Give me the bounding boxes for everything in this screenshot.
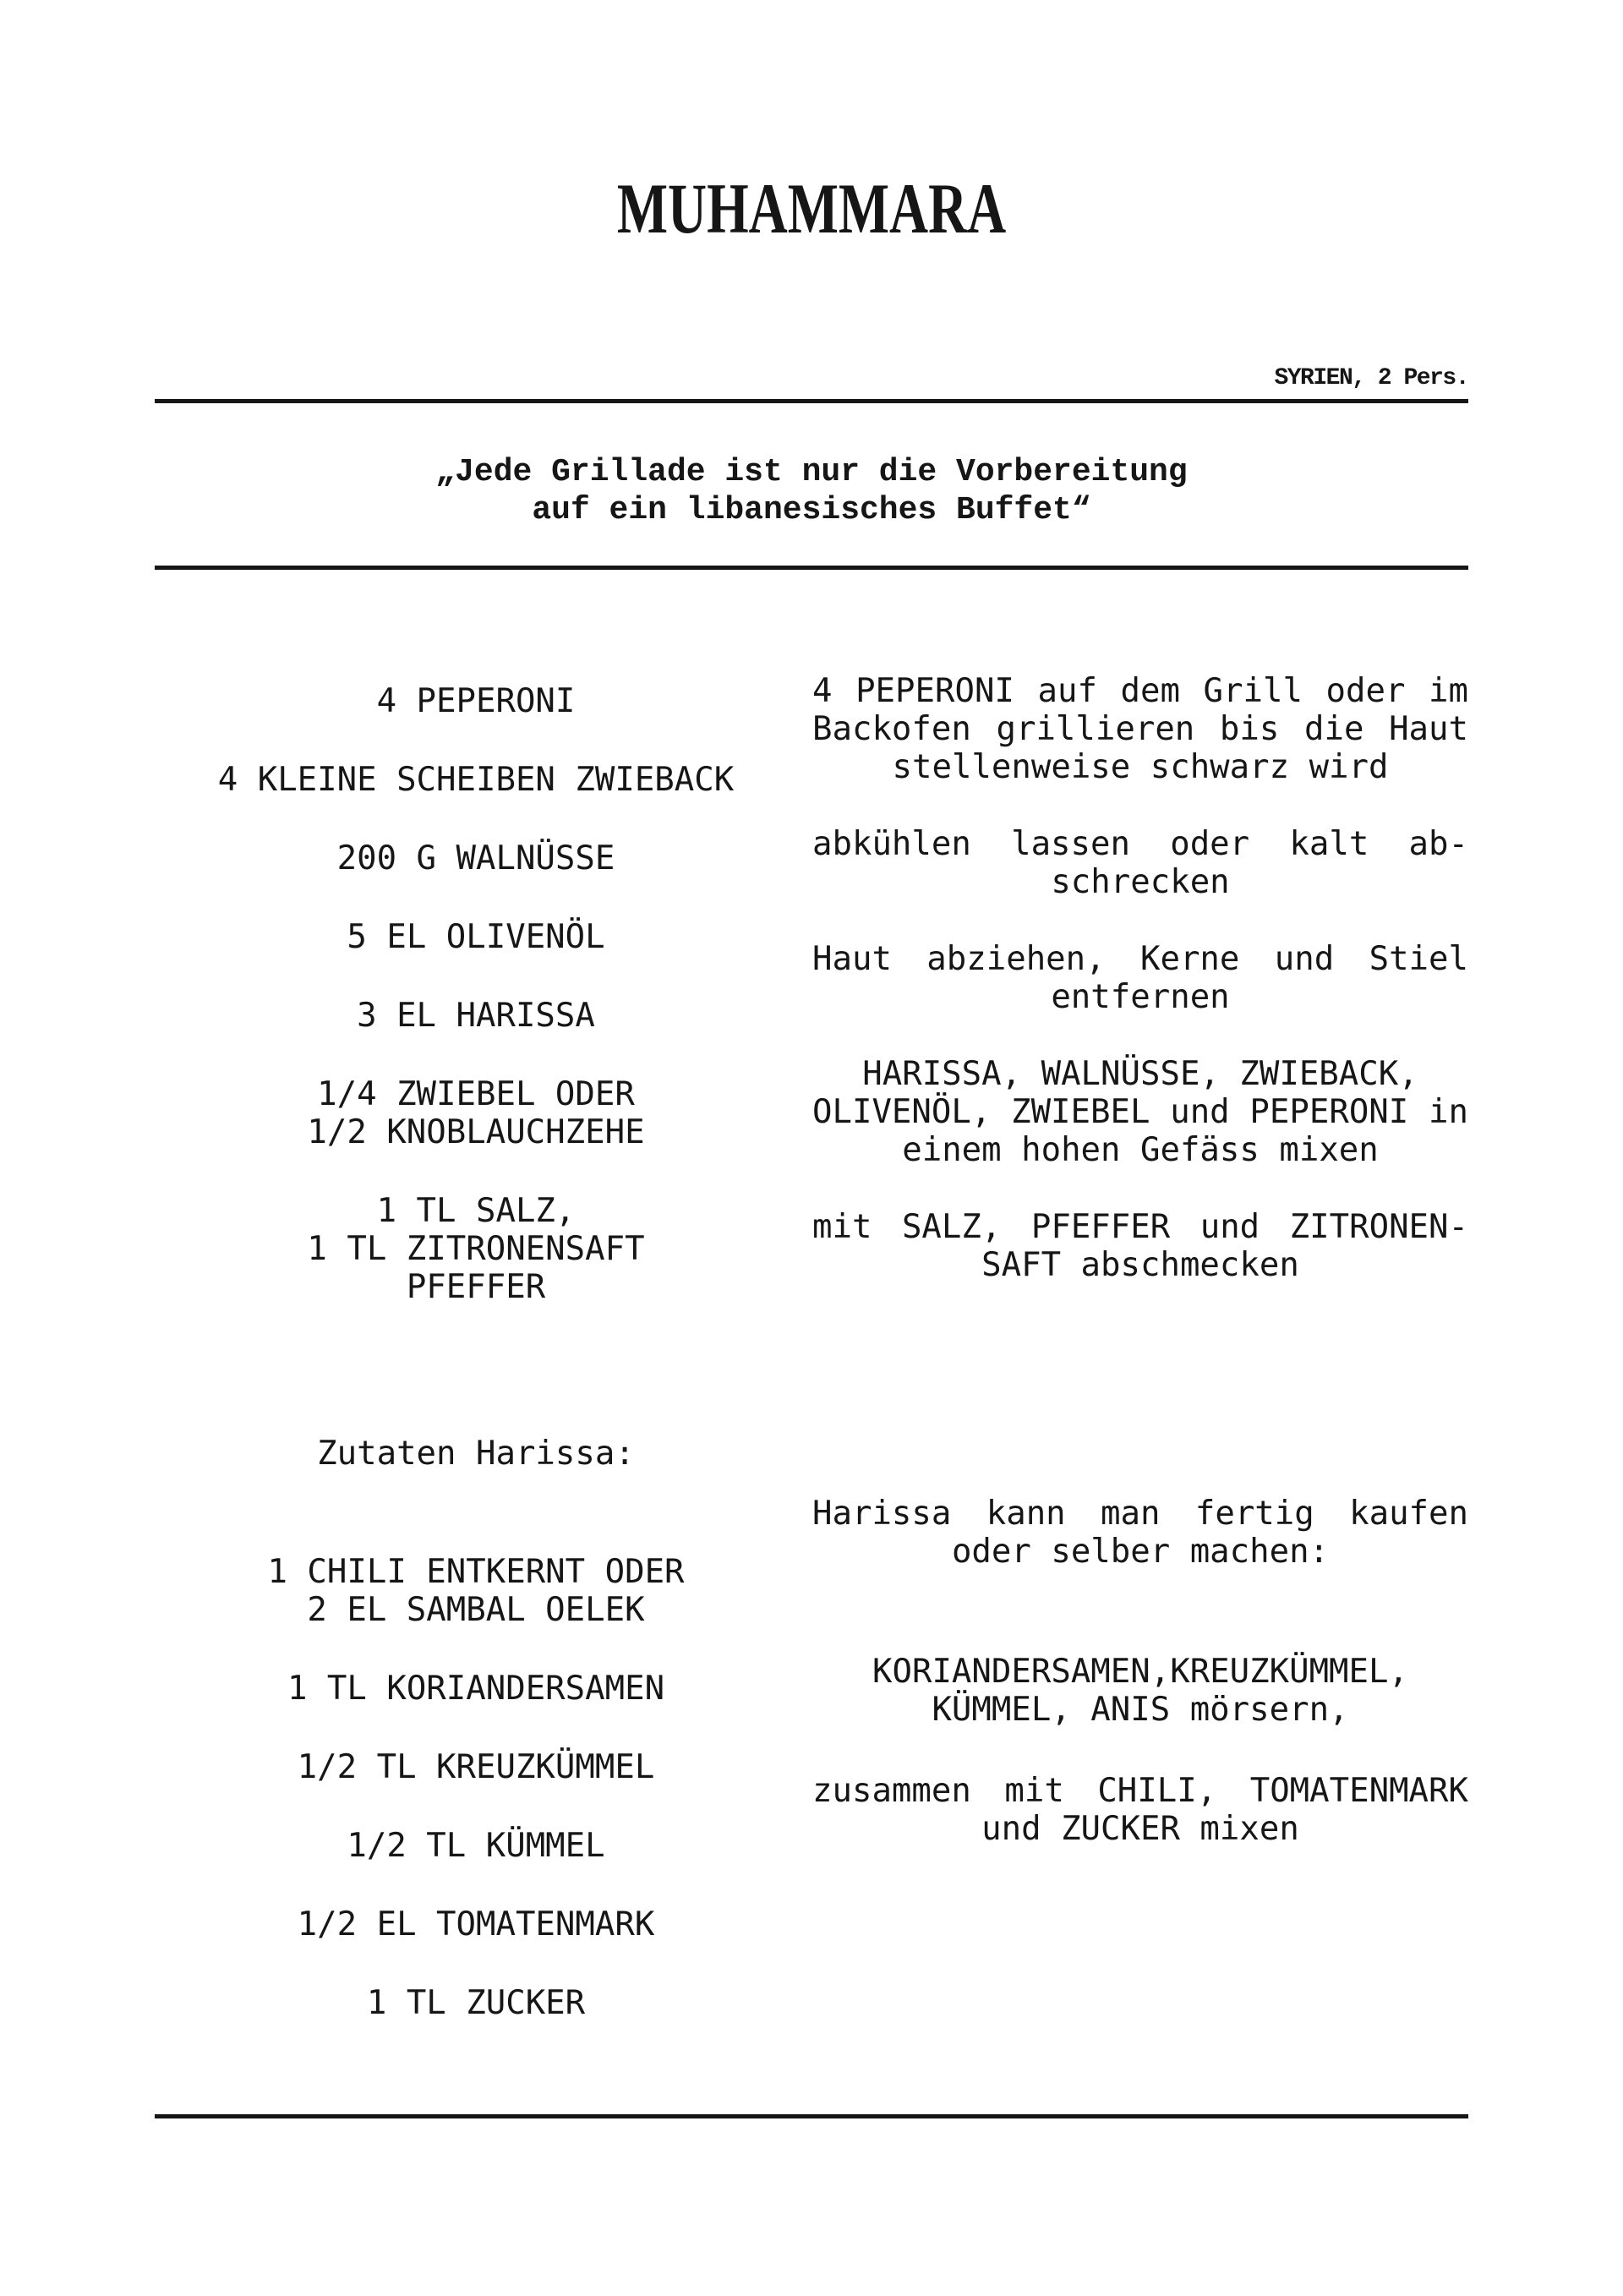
divider-header bbox=[155, 399, 1468, 403]
instruction-line: HARISSA, WALNÜSSE, ZWIEBACK, bbox=[812, 1055, 1468, 1093]
instruction-line: Backofen grillieren bis die Haut bbox=[812, 710, 1468, 748]
ingredient-line: 4 KLEINE SCHEIBEN ZWIEBACK bbox=[155, 761, 797, 799]
ingredient-item: 1 TL KORIANDERSAMEN bbox=[155, 1670, 797, 1708]
ingredient-line: 1/2 TL KÜMMEL bbox=[155, 1827, 797, 1865]
instruction-step: Haut abziehen, Kerne und Stiel entfernen bbox=[812, 940, 1468, 1016]
ingredient-line: 4 PEPERONI bbox=[155, 682, 797, 720]
ingredient-line: 5 EL OLIVENÖL bbox=[155, 918, 797, 956]
instruction-line: einem hohen Gefäss mixen bbox=[812, 1131, 1468, 1169]
ingredient-line: 1 TL SALZ, bbox=[155, 1192, 797, 1230]
instruction-line: entfernen bbox=[812, 978, 1468, 1016]
ingredient-line: 1 CHILI ENTKERNT ODER bbox=[155, 1553, 797, 1591]
ingredient-line: 1 TL KORIANDERSAMEN bbox=[155, 1670, 797, 1708]
instruction-line: KORIANDERSAMEN,KREUZKÜMMEL, bbox=[812, 1653, 1468, 1691]
instruction-line: mit SALZ, PFEFFER und ZITRONEN- bbox=[812, 1208, 1468, 1246]
ingredient-item: 5 EL OLIVENÖL bbox=[155, 918, 797, 956]
instruction-line: Haut abziehen, Kerne und Stiel bbox=[812, 940, 1468, 978]
instruction-step: KORIANDERSAMEN,KREUZKÜMMEL, KÜMMEL, ANIS… bbox=[812, 1653, 1468, 1729]
ingredients-harissa-column: Zutaten Harissa: 1 CHILI ENTKERNT ODER 2… bbox=[155, 1435, 797, 2063]
region-serving-label: SYRIEN, 2 Pers. bbox=[1274, 367, 1468, 391]
instruction-line: oder selber machen: bbox=[812, 1533, 1468, 1571]
quote-line-2: auf ein libanesisches Buffet“ bbox=[155, 491, 1468, 529]
instruction-line: stellenweise schwarz wird bbox=[812, 748, 1468, 786]
recipe-page: MUHAMMARA SYRIEN, 2 Pers. „Jede Grillade… bbox=[0, 0, 1623, 2296]
quote-line-1: „Jede Grillade ist nur die Vorbereitung bbox=[155, 453, 1468, 491]
instruction-step: 4 PEPERONI auf dem Grill oder im Backofe… bbox=[812, 672, 1468, 786]
ingredient-item: 1/2 EL TOMATENMARK bbox=[155, 1905, 797, 1943]
ingredient-line: 1 TL ZITRONENSAFT bbox=[155, 1230, 797, 1268]
instruction-line: SAFT abschmecken bbox=[812, 1246, 1468, 1284]
ingredient-line: 2 EL SAMBAL OELEK bbox=[155, 1591, 797, 1629]
instructions-harissa-column: Harissa kann man fertig kaufen oder selb… bbox=[812, 1495, 1468, 1887]
instruction-step: zusammen mit CHILI, TOMATENMARK und ZUCK… bbox=[812, 1772, 1468, 1848]
instruction-line: zusammen mit CHILI, TOMATENMARK bbox=[812, 1772, 1468, 1810]
instruction-line: abkühlen lassen oder kalt ab- bbox=[812, 825, 1468, 863]
ingredient-item: 1/4 ZWIEBEL ODER 1/2 KNOBLAUCHZEHE bbox=[155, 1075, 797, 1151]
instruction-step: HARISSA, WALNÜSSE, ZWIEBACK, OLIVENÖL, Z… bbox=[812, 1055, 1468, 1169]
ingredient-line: 1 TL ZUCKER bbox=[155, 1984, 797, 2022]
instruction-line: OLIVENÖL, ZWIEBEL und PEPERONI in bbox=[812, 1093, 1468, 1131]
instruction-step: abkühlen lassen oder kalt ab- schrecken bbox=[812, 825, 1468, 901]
ingredient-line: 1/2 TL KREUZKÜMMEL bbox=[155, 1748, 797, 1786]
ingredient-line: 200 G WALNÜSSE bbox=[155, 839, 797, 877]
ingredient-item: 200 G WALNÜSSE bbox=[155, 839, 797, 877]
instruction-step: Harissa kann man fertig kaufen oder selb… bbox=[812, 1495, 1468, 1571]
instructions-main-column: 4 PEPERONI auf dem Grill oder im Backofe… bbox=[812, 672, 1468, 1323]
divider-bottom bbox=[155, 2114, 1468, 2118]
ingredient-item: 4 KLEINE SCHEIBEN ZWIEBACK bbox=[155, 761, 797, 799]
harissa-heading: Zutaten Harissa: bbox=[155, 1435, 797, 1473]
ingredient-line: 3 EL HARISSA bbox=[155, 997, 797, 1035]
ingredient-item: 1/2 TL KREUZKÜMMEL bbox=[155, 1748, 797, 1786]
ingredients-main-column: 4 PEPERONI 4 KLEINE SCHEIBEN ZWIEBACK 20… bbox=[155, 682, 797, 1347]
ingredient-line: 1/2 EL TOMATENMARK bbox=[155, 1905, 797, 1943]
instruction-line: 4 PEPERONI auf dem Grill oder im bbox=[812, 672, 1468, 710]
instruction-step: mit SALZ, PFEFFER und ZITRONEN- SAFT abs… bbox=[812, 1208, 1468, 1284]
ingredient-line: PFEFFER bbox=[155, 1268, 797, 1306]
divider-quote bbox=[155, 566, 1468, 570]
instruction-line: und ZUCKER mixen bbox=[812, 1810, 1468, 1848]
ingredient-item: 1 TL ZUCKER bbox=[155, 1984, 797, 2022]
ingredient-line: 1/2 KNOBLAUCHZEHE bbox=[155, 1113, 797, 1151]
instruction-line: KÜMMEL, ANIS mörsern, bbox=[812, 1691, 1468, 1729]
instruction-line: Harissa kann man fertig kaufen bbox=[812, 1495, 1468, 1533]
ingredient-line: 1/4 ZWIEBEL ODER bbox=[155, 1075, 797, 1113]
ingredient-item: 1 CHILI ENTKERNT ODER 2 EL SAMBAL OELEK bbox=[155, 1553, 797, 1629]
page-title: MUHAMMARA bbox=[203, 173, 1420, 245]
ingredient-item: 4 PEPERONI bbox=[155, 682, 797, 720]
instruction-line: schrecken bbox=[812, 863, 1468, 901]
ingredient-item: 1/2 TL KÜMMEL bbox=[155, 1827, 797, 1865]
quote-block: „Jede Grillade ist nur die Vorbereitung … bbox=[155, 453, 1468, 529]
ingredient-item: 1 TL SALZ, 1 TL ZITRONENSAFT PFEFFER bbox=[155, 1192, 797, 1306]
ingredient-item: 3 EL HARISSA bbox=[155, 997, 797, 1035]
